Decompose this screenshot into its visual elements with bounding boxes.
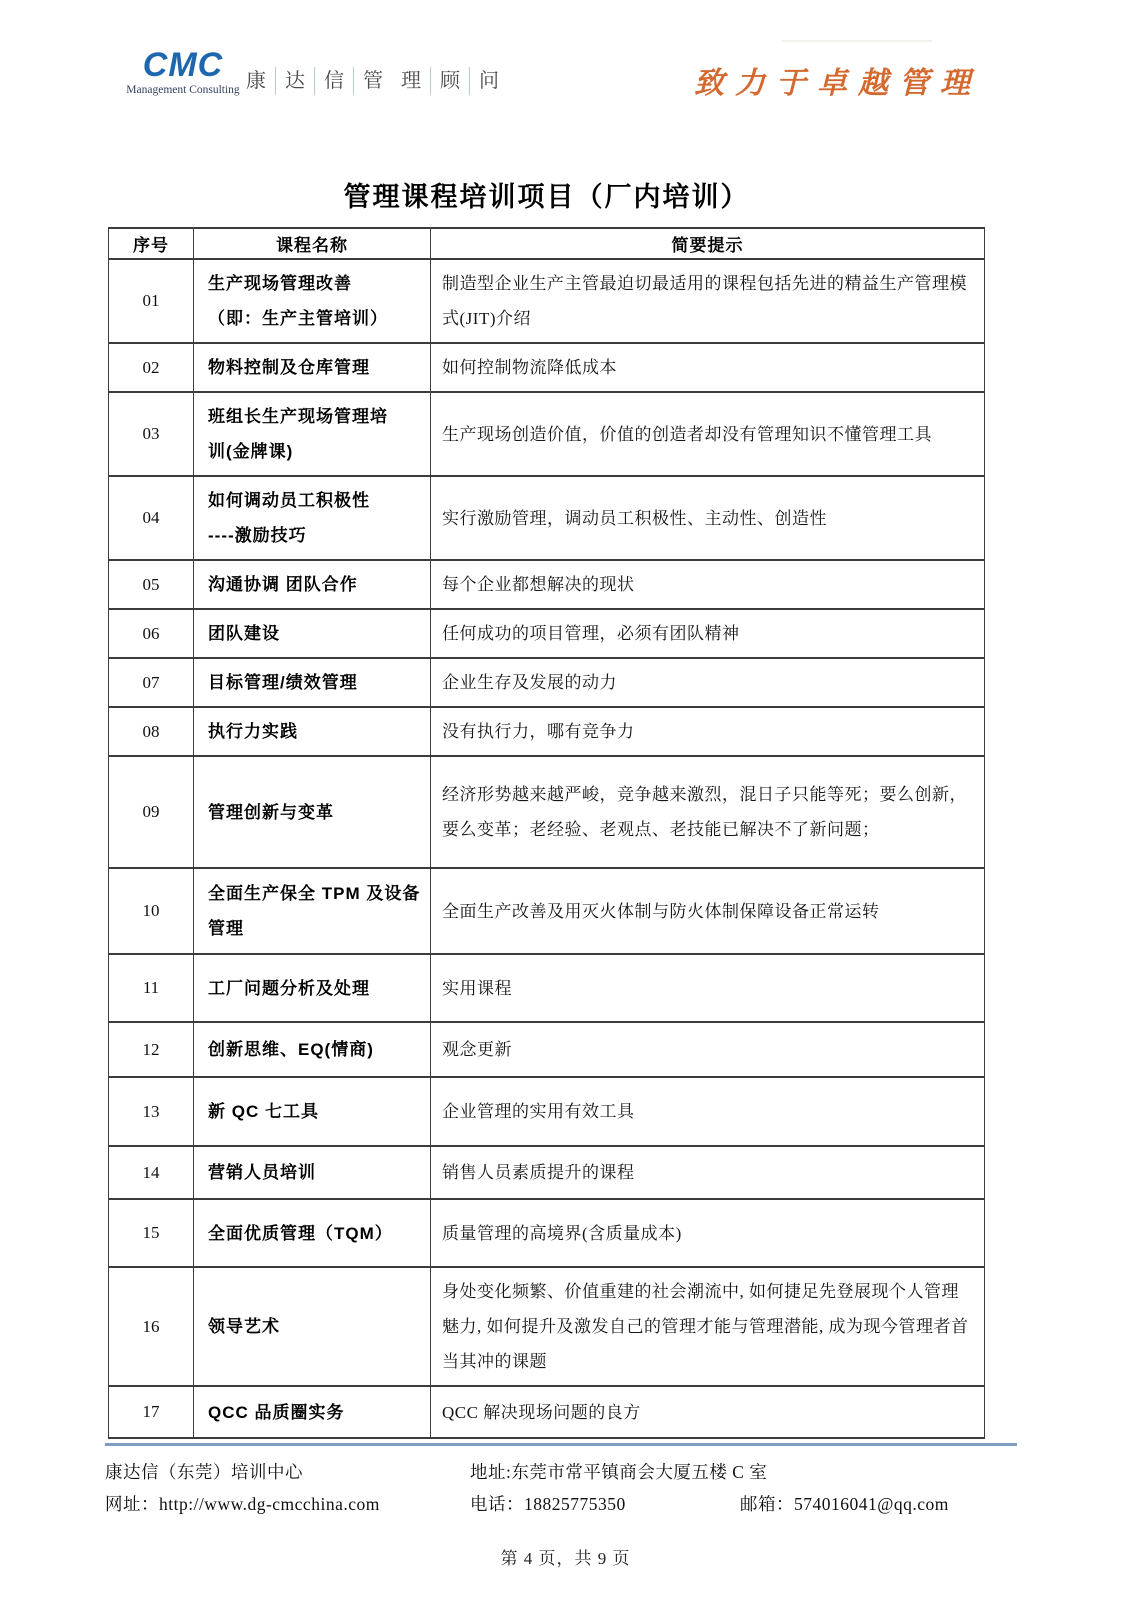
course-desc: QCC 解决现场问题的良方 xyxy=(431,1386,985,1438)
page-footer: 康达信（东莞）培训中心 地址:东莞市常平镇商会大厦五楼 C 室 网址：http:… xyxy=(105,1443,1017,1516)
course-desc: 企业管理的实用有效工具 xyxy=(431,1077,985,1146)
table-row: 02物料控制及仓库管理如何控制物流降低成本 xyxy=(109,343,985,392)
course-name: 目标管理/绩效管理 xyxy=(194,658,431,707)
row-number: 08 xyxy=(109,707,194,756)
brand-char: 问 xyxy=(470,66,508,96)
footer-org: 康达信（东莞）培训中心 xyxy=(105,1459,470,1484)
row-number: 17 xyxy=(109,1386,194,1438)
logo-subtext: Management Consulting xyxy=(118,84,248,96)
table-row: 05沟通协调 团队合作每个企业都想解决的现状 xyxy=(109,560,985,609)
table-row: 06团队建设任何成功的项目管理，必须有团队精神 xyxy=(109,609,985,658)
table-row: 01生产现场管理改善 （即：生产主管培训）制造型企业生产主管最迫切最适用的课程包… xyxy=(109,259,985,343)
table-row: 16领导艺术身处变化频繁、价值重建的社会潮流中, 如何捷足先登展现个人管理魅力,… xyxy=(109,1267,985,1386)
row-number: 15 xyxy=(109,1199,194,1267)
course-desc: 经济形势越来越严峻，竞争越来激烈，混日子只能等死；要么创新，要么变革；老经验、老… xyxy=(431,756,985,868)
course-desc: 每个企业都想解决的现状 xyxy=(431,560,985,609)
brand-name: 康 达 信 管 理 顾 问 xyxy=(237,66,508,96)
document-page: CMC Management Consulting 康 达 信 管 理 顾 问 … xyxy=(0,0,1131,1600)
row-number: 11 xyxy=(109,954,194,1022)
footer-address: 地址:东莞市常平镇商会大厦五楼 C 室 xyxy=(470,1459,1017,1484)
row-number: 16 xyxy=(109,1267,194,1386)
row-number: 10 xyxy=(109,868,194,954)
course-name: 管理创新与变革 xyxy=(194,756,431,868)
row-number: 06 xyxy=(109,609,194,658)
course-name: 如何调动员工积极性 ----激励技巧 xyxy=(194,476,431,560)
course-name: 创新思维、EQ(情商) xyxy=(194,1022,431,1077)
course-name: 工厂问题分析及处理 xyxy=(194,954,431,1022)
course-desc: 没有执行力，哪有竞争力 xyxy=(431,707,985,756)
course-name: 沟通协调 团队合作 xyxy=(194,560,431,609)
table-row: 10全面生产保全 TPM 及设备 管理全面生产改善及用灭火体制与防火体制保障设备… xyxy=(109,868,985,954)
company-logo: CMC Management Consulting xyxy=(118,48,248,96)
course-desc: 销售人员素质提升的课程 xyxy=(431,1146,985,1199)
row-number: 12 xyxy=(109,1022,194,1077)
course-name: 团队建设 xyxy=(194,609,431,658)
course-desc: 任何成功的项目管理，必须有团队精神 xyxy=(431,609,985,658)
course-name: 班组长生产现场管理培 训(金牌课) xyxy=(194,392,431,476)
course-desc: 企业生存及发展的动力 xyxy=(431,658,985,707)
table-row: 03班组长生产现场管理培 训(金牌课)生产现场创造价值，价值的创造者却没有管理知… xyxy=(109,392,985,476)
row-number: 02 xyxy=(109,343,194,392)
table-header-row: 序号 课程名称 简要提示 xyxy=(109,228,985,259)
brand-char: 信 xyxy=(315,66,353,96)
table-row: 15全面优质管理（TQM）质量管理的高境界(含质量成本) xyxy=(109,1199,985,1267)
course-desc: 实行激励管理，调动员工积极性、主动性、创造性 xyxy=(431,476,985,560)
table-row: 11工厂问题分析及处理实用课程 xyxy=(109,954,985,1022)
footer-divider xyxy=(105,1443,1017,1446)
course-name: 新 QC 七工具 xyxy=(194,1077,431,1146)
company-slogan: 致力于卓越管理 xyxy=(694,58,981,102)
course-desc: 全面生产改善及用灭火体制与防火体制保障设备正常运转 xyxy=(431,868,985,954)
table-row: 13新 QC 七工具企业管理的实用有效工具 xyxy=(109,1077,985,1146)
course-desc: 如何控制物流降低成本 xyxy=(431,343,985,392)
course-name: 全面生产保全 TPM 及设备 管理 xyxy=(194,868,431,954)
course-desc: 质量管理的高境界(含质量成本) xyxy=(431,1199,985,1267)
table-row: 07目标管理/绩效管理企业生存及发展的动力 xyxy=(109,658,985,707)
cmc-logo-text: CMC xyxy=(118,48,248,82)
brand-char: 康 xyxy=(237,66,275,96)
course-name: 生产现场管理改善 （即：生产主管培训） xyxy=(194,259,431,343)
course-name: 营销人员培训 xyxy=(194,1146,431,1199)
course-name: 领导艺术 xyxy=(194,1267,431,1386)
table-row: 08执行力实践没有执行力，哪有竞争力 xyxy=(109,707,985,756)
document-content: 管理课程培训项目（厂内培训） 序号 课程名称 简要提示 01生产现场管理改善 （… xyxy=(108,181,985,1439)
footer-website: 网址：http://www.dg-cmcchina.com xyxy=(105,1491,470,1516)
course-name: 执行力实践 xyxy=(194,707,431,756)
course-name: 全面优质管理（TQM） xyxy=(194,1199,431,1267)
footer-phone: 电话：18825775350 xyxy=(470,1491,740,1516)
brand-char: 管 xyxy=(354,66,392,96)
course-desc: 观念更新 xyxy=(431,1022,985,1077)
row-number: 14 xyxy=(109,1146,194,1199)
table-row: 17QCC 品质圈实务QCC 解决现场问题的良方 xyxy=(109,1386,985,1438)
courses-table: 序号 课程名称 简要提示 01生产现场管理改善 （即：生产主管培训）制造型企业生… xyxy=(108,227,985,1439)
watermark-line xyxy=(782,40,932,42)
brand-char: 达 xyxy=(276,66,314,96)
row-number: 13 xyxy=(109,1077,194,1146)
course-desc: 实用课程 xyxy=(431,954,985,1022)
course-name: QCC 品质圈实务 xyxy=(194,1386,431,1438)
page-number: 第 4 页，共 9 页 xyxy=(0,1544,1131,1569)
table-row: 09管理创新与变革经济形势越来越严峻，竞争越来激烈，混日子只能等死；要么创新，要… xyxy=(109,756,985,868)
brand-char: 理 xyxy=(392,66,430,96)
column-header-no: 序号 xyxy=(109,228,194,259)
course-desc: 制造型企业生产主管最迫切最适用的课程包括先进的精益生产管理模式(JIT)介绍 xyxy=(431,259,985,343)
page-title: 管理课程培训项目（厂内培训） xyxy=(108,181,985,213)
course-desc: 身处变化频繁、价值重建的社会潮流中, 如何捷足先登展现个人管理魅力, 如何提升及… xyxy=(431,1267,985,1386)
column-header-name: 课程名称 xyxy=(194,228,431,259)
course-name: 物料控制及仓库管理 xyxy=(194,343,431,392)
brand-char: 顾 xyxy=(431,66,469,96)
row-number: 01 xyxy=(109,259,194,343)
row-number: 04 xyxy=(109,476,194,560)
footer-email: 邮箱：574016041@qq.com xyxy=(740,1491,1017,1516)
table-row: 12创新思维、EQ(情商)观念更新 xyxy=(109,1022,985,1077)
row-number: 09 xyxy=(109,756,194,868)
row-number: 05 xyxy=(109,560,194,609)
row-number: 07 xyxy=(109,658,194,707)
table-row: 04如何调动员工积极性 ----激励技巧实行激励管理，调动员工积极性、主动性、创… xyxy=(109,476,985,560)
column-header-desc: 简要提示 xyxy=(431,228,985,259)
course-desc: 生产现场创造价值，价值的创造者却没有管理知识不懂管理工具 xyxy=(431,392,985,476)
table-row: 14营销人员培训销售人员素质提升的课程 xyxy=(109,1146,985,1199)
row-number: 03 xyxy=(109,392,194,476)
